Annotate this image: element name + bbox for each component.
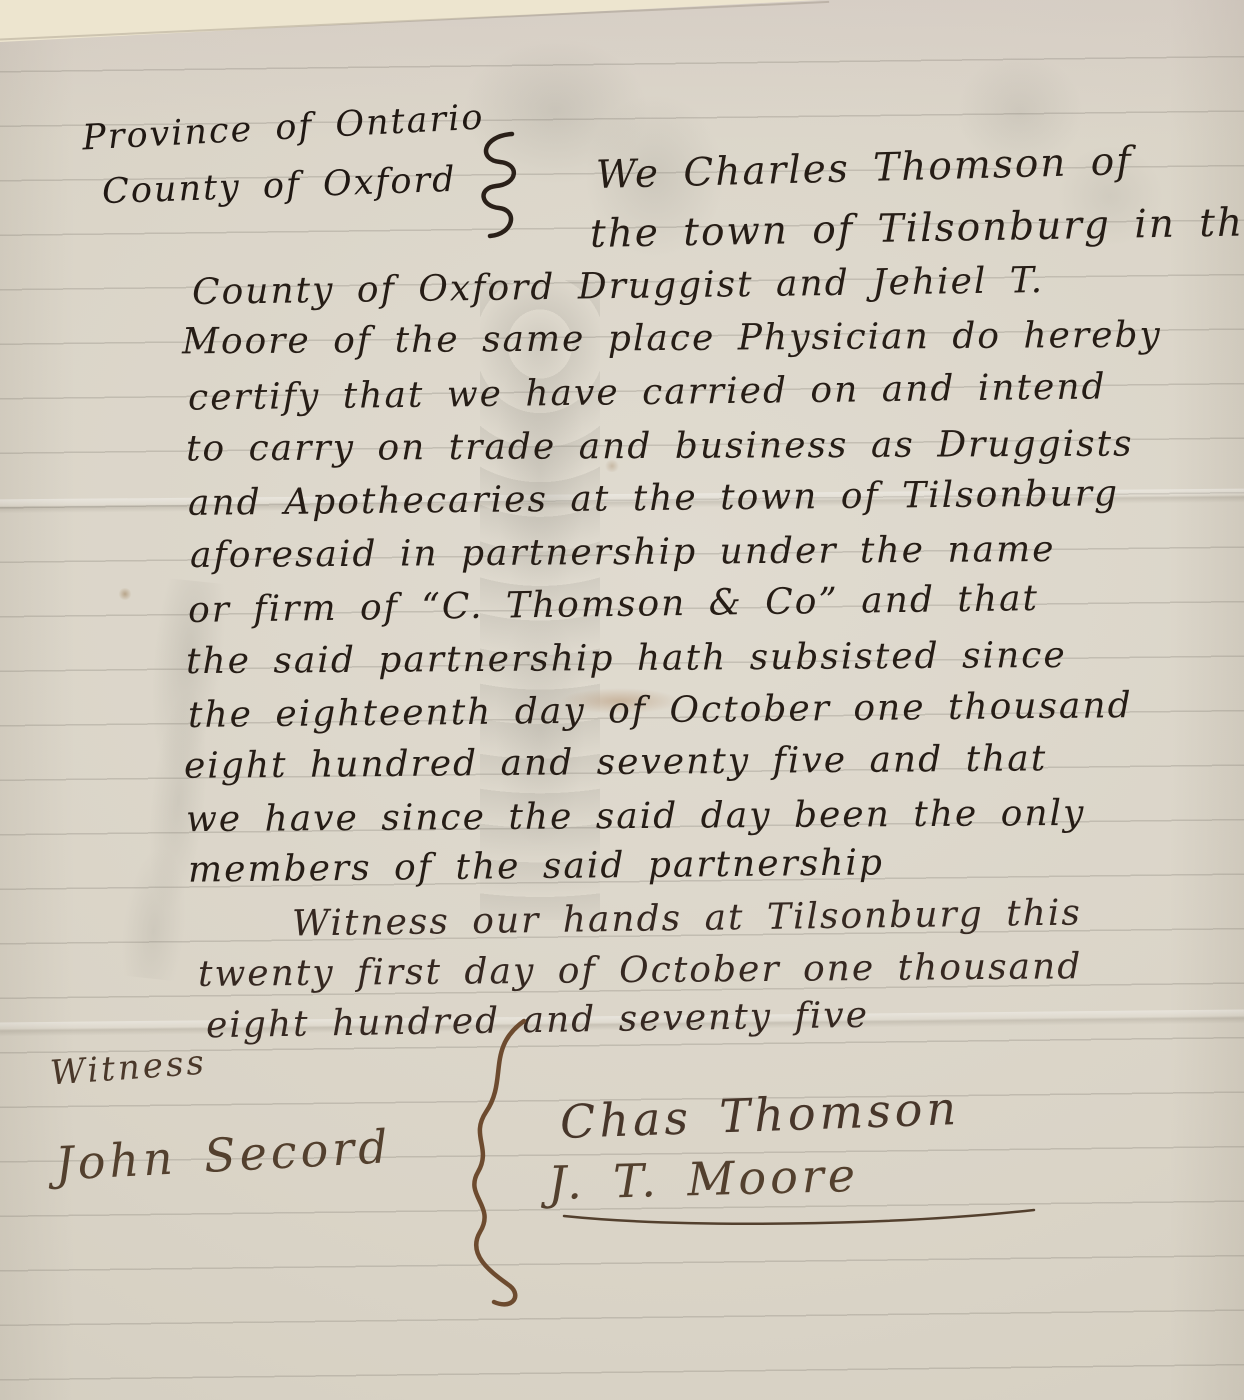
witness-label: Witness	[49, 1043, 208, 1094]
opening-line-1: We Charles Thomson of	[596, 139, 1134, 198]
jurisdiction-line-2: County of Oxford	[101, 160, 457, 212]
body-line: to carry on trade and business as Druggi…	[186, 424, 1134, 470]
paper-stain	[118, 588, 132, 600]
signature-charles-thomson: Chas Thomson	[559, 1081, 961, 1149]
signature-flourish	[560, 1206, 1040, 1230]
document-page: Province of Ontario County of Oxford We …	[0, 0, 1244, 1400]
body-line: we have since the said day been the only	[186, 793, 1086, 840]
attestation-line: twenty first day of October one thousand	[198, 946, 1083, 995]
body-line: the eighteenth day of October one thousa…	[188, 685, 1133, 736]
body-line: eight hundred and seventy five and that	[184, 738, 1048, 787]
signature-jt-moore: J. T. Moore	[547, 1148, 859, 1210]
jurisdiction-brace	[466, 128, 530, 246]
body-line: aforesaid in partnership under the name	[190, 529, 1056, 576]
signature-brace	[432, 1018, 547, 1313]
body-line: County of Oxford Druggist and Jehiel T.	[192, 260, 1045, 313]
opening-line-2: the town of Tilsonburg in the	[590, 200, 1244, 257]
body-line: Moore of the same place Physician do her…	[182, 315, 1162, 363]
body-line: certify that we have carried on and inte…	[188, 366, 1107, 418]
body-line: the said partnership hath subsisted sinc…	[186, 635, 1067, 682]
body-line: members of the said partnership	[188, 842, 884, 890]
body-line: or firm of “C. Thomson & Co” and that	[188, 578, 1040, 631]
witness-signature: John Secord	[54, 1119, 393, 1191]
jurisdiction-line-1: Province of Ontario	[81, 97, 485, 158]
attestation-line: Witness our hands at Tilsonburg this	[292, 892, 1082, 944]
body-line: and Apothecaries at the town of Tilsonbu…	[188, 473, 1119, 524]
